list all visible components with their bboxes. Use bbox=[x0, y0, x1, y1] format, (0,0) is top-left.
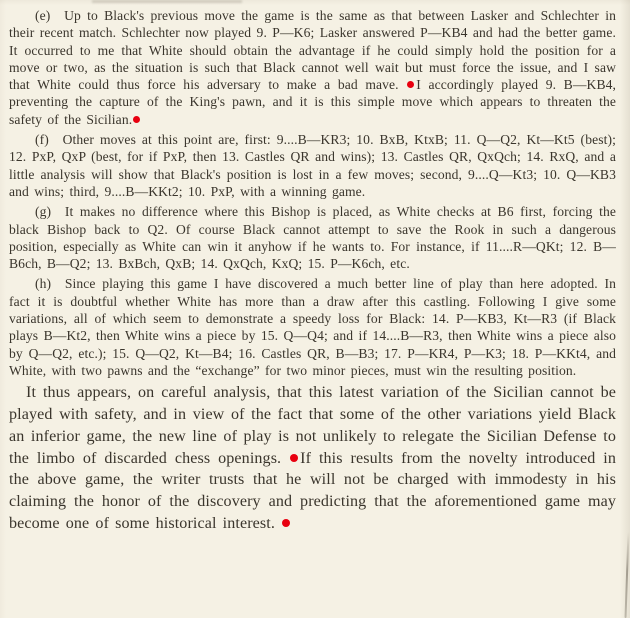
paragraph-annotation-g: (g) It makes no difference where this Bi… bbox=[9, 203, 616, 272]
red-dot-marker bbox=[133, 116, 140, 123]
text-run: (g) It makes no difference where this Bi… bbox=[9, 204, 616, 271]
page-text: (e) Up to Black's previous move the game… bbox=[9, 7, 616, 535]
text-run: (f) Other moves at this point are, first… bbox=[9, 132, 616, 199]
red-dot-marker bbox=[290, 454, 298, 462]
text-run: (h) Since playing this game I have disco… bbox=[9, 276, 616, 377]
paragraph-closing: It thus appears, on careful analysis, th… bbox=[9, 382, 616, 535]
red-dot-marker bbox=[407, 81, 414, 88]
paragraph-annotation-h: (h) Since playing this game I have disco… bbox=[9, 275, 616, 379]
paragraph-annotation-f: (f) Other moves at this point are, first… bbox=[9, 131, 616, 200]
scan-smudge-artifact bbox=[92, 0, 242, 3]
paragraph-annotation-e: (e) Up to Black's previous move the game… bbox=[9, 7, 616, 128]
red-dot-marker bbox=[282, 519, 290, 527]
page-edge-shadow bbox=[624, 532, 629, 618]
scanned-book-page: (e) Up to Black's previous move the game… bbox=[0, 0, 630, 618]
